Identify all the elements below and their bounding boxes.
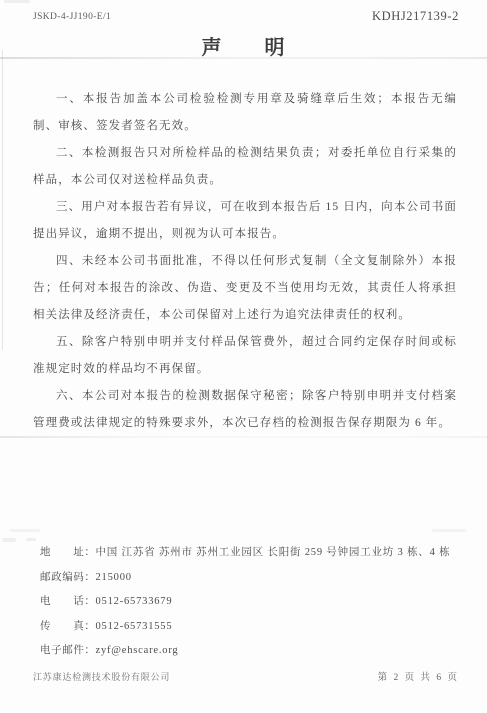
scan-smudge <box>4 0 30 3</box>
contact-value-postcode: 215000 <box>96 566 461 591</box>
declaration-paragraph-1: 一、本报告加盖本公司检验检测专用章及骑缝章后生效；本报告无编制、审核、签发者签名… <box>33 86 457 140</box>
contact-row-postcode: 邮政编码： 215000 <box>40 566 460 591</box>
declaration-paragraph-2: 二、本检测报告只对所检样品的检测结果负责；对委托单位自行采集的样品，本公司仅对送… <box>33 140 457 194</box>
scan-smudge <box>432 529 466 532</box>
contact-row-address: 地 址： 中国 江苏省 苏州市 苏州工业园区 长阳街 259 号钟园工业坊 3 … <box>40 541 460 566</box>
contact-value-fax: 0512-65731555 <box>96 615 461 640</box>
contact-value-email: zyf@ehscare.org <box>96 639 461 664</box>
declaration-paragraph-4: 四、未经本公司书面批准，不得以任何形式复制（全文复制除外）本报告；任何对本报告的… <box>33 248 457 329</box>
contact-label-postcode: 邮政编码： <box>40 566 96 591</box>
scan-smudge <box>26 538 36 541</box>
report-number: KDHJ217139-2 <box>372 9 459 24</box>
contact-value-address: 中国 江苏省 苏州市 苏州工业园区 长阳街 259 号钟园工业坊 3 栋、4 栋 <box>96 541 461 566</box>
declaration-body: 一、本报告加盖本公司检验检测专用章及骑缝章后生效；本报告无编制、审核、签发者签名… <box>33 86 457 437</box>
declaration-paragraph-6: 六、本公司对本报告的检测数据保守秘密；除客户特别申明并支付档案管理费或法律规定的… <box>33 383 457 437</box>
declaration-paragraph-5: 五、除客户特别申明并支付样品保管费外，超过合同约定保存时间或标准规定时效的样品均… <box>33 329 457 383</box>
scan-edge-line <box>2 50 3 350</box>
contact-label-phone: 电 话： <box>40 590 96 615</box>
contact-row-phone: 电 话： 0512-65733679 <box>40 590 460 615</box>
page-title: 声 明 <box>0 31 487 60</box>
company-contact-block: 地 址： 中国 江苏省 苏州市 苏州工业园区 长阳街 259 号钟园工业坊 3 … <box>40 541 460 664</box>
contact-label-email: 电子邮件： <box>40 639 96 664</box>
contact-row-email: 电子邮件： zyf@ehscare.org <box>40 639 460 664</box>
declaration-page: JSKD-4-JJ190-E/1 KDHJ217139-2 声 明 一、本报告加… <box>0 0 487 713</box>
contact-value-phone: 0512-65733679 <box>96 590 461 615</box>
contact-label-address: 地 址： <box>40 541 96 566</box>
footer-company-name: 江苏康达检测技术股份有限公司 <box>33 670 170 683</box>
declaration-paragraph-3: 三、用户对本报告若有异议，可在收到本报告后 15 日内，向本公司书面提出异议，逾… <box>33 194 457 248</box>
scan-smudge <box>10 529 40 532</box>
contact-row-fax: 传 真： 0512-65731555 <box>40 615 460 640</box>
scan-smudge <box>2 538 16 542</box>
contact-label-fax: 传 真： <box>40 615 96 640</box>
footer-page-number: 第 2 页 共 6 页 <box>378 669 459 683</box>
document-form-code: JSKD-4-JJ190-E/1 <box>33 12 111 22</box>
